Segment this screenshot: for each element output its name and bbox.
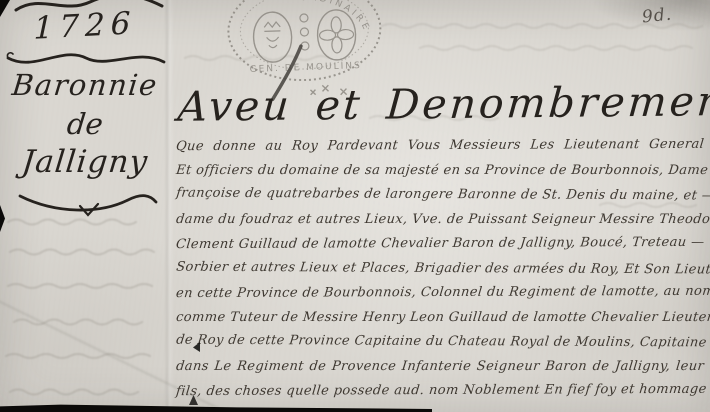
manuscript-page: 1726 Baronnie de Jalligny ORDINAIRE [0,0,710,412]
margin-title-line: Jalligny [0,144,172,180]
stamp-medallion-left [253,11,293,62]
margin-column: 1726 Baronnie de Jalligny [0,0,170,412]
body-line: de Roy de cette Province Capitaine du Ch… [175,329,705,356]
corner-note: 9d. [641,4,673,27]
body-line: comme Tuteur de Messire Henry Leon Guill… [175,306,706,331]
body-line: Et officiers du domaine de sa majesté en… [175,159,706,184]
stamp-rosette [319,16,354,53]
margin-title-line: de [0,107,172,141]
stamp-bottom-text: GEN. DE MOULINS [249,61,361,75]
flourish-below-jalligny [16,190,158,218]
body-line: dame du foudraz et autres Lieux, Vve. de… [175,208,706,233]
body-line: dans Le Regiment de Provence Infanterie … [175,355,706,380]
body-line: fils, des choses quelle possede aud. nom… [175,378,706,405]
year-label: 1726 [0,4,170,49]
margin-title-line: Baronnie [0,68,172,102]
body-line: Clement Guillaud de lamotte Chevalier Ba… [175,231,706,258]
stamp-arc-text: ORDINAIRE [300,0,372,36]
body-line: françoise de quatrebarbes de larongere B… [175,182,705,209]
body-line: Que donne au Roy Pardevant Vous Messieur… [175,133,706,160]
document-title: Aveu et Denombrement [176,77,710,131]
body-line: Sorbier et autres Lieux et Places, Briga… [175,255,705,282]
body-text: Que donne au Roy Pardevant Vous Messieur… [176,134,704,404]
body-line: en cette Province de Bourbonnois, Colonn… [175,280,706,307]
